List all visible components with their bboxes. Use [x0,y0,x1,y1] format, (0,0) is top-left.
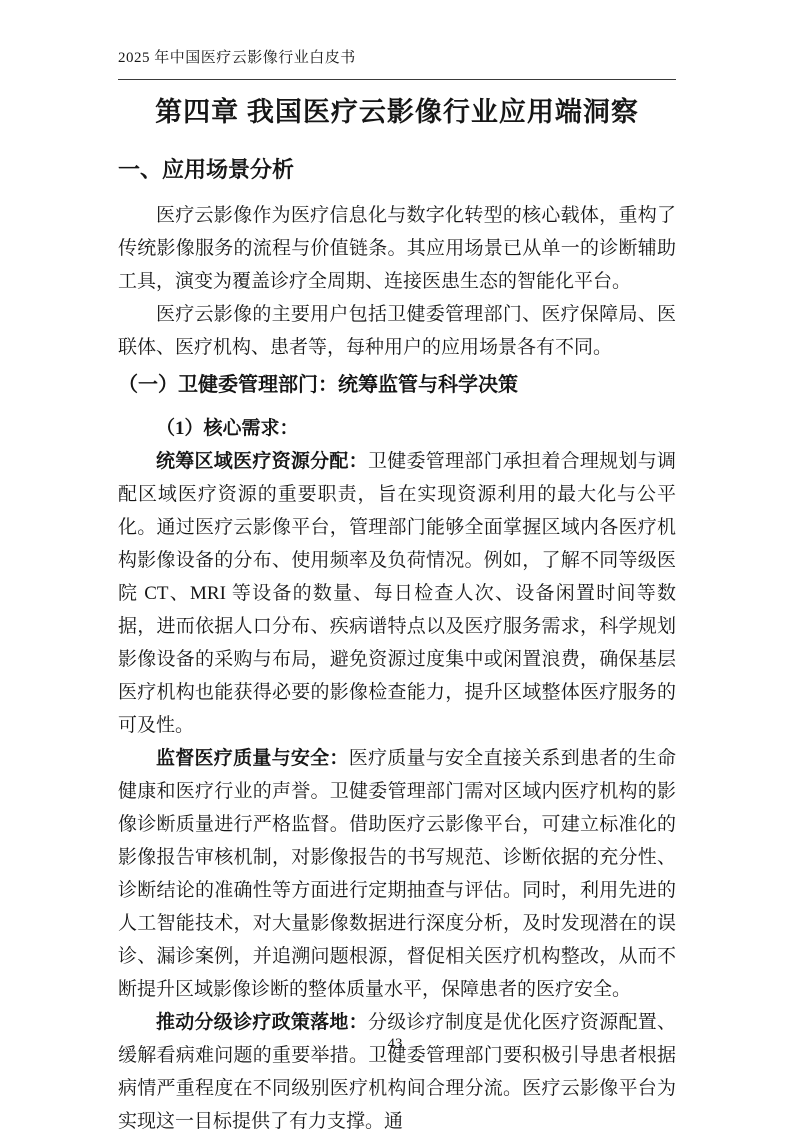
need-body-resource-allocation: 卫健委管理部门承担着合理规划与调配区域医疗资源的重要职责，旨在实现资源利用的最大… [118,451,676,736]
document-page: 2025 年中国医疗云影像行业白皮书 第四章 我国医疗云影像行业应用端洞察 一、… [0,0,790,1117]
section-title: 一、应用场景分析 [118,156,676,184]
header-rule [118,79,676,80]
core-needs-label: （1）核心需求： [118,412,676,445]
need-paragraph-tiered-diagnosis: 推动分级诊疗政策落地：分级诊疗制度是优化医疗资源配置、缓解看病难问题的重要举措。… [118,1006,676,1138]
need-lead-resource-allocation: 统筹区域医疗资源分配： [156,451,368,472]
need-paragraph-resource-allocation: 统筹区域医疗资源分配：卫健委管理部门承担着合理规划与调配区域医疗资源的重要职责，… [118,445,676,742]
subsection-title: （一）卫健委管理部门：统筹监管与科学决策 [118,371,676,399]
chapter-title: 第四章 我国医疗云影像行业应用端洞察 [118,95,676,129]
running-header: 2025 年中国医疗云影像行业白皮书 [118,48,676,68]
need-lead-quality-safety: 监督医疗质量与安全： [156,748,349,769]
need-lead-tiered-diagnosis: 推动分级诊疗政策落地： [156,1012,368,1033]
intro-paragraph-1: 医疗云影像作为医疗信息化与数字化转型的核心载体，重构了传统影像服务的流程与价值链… [118,199,676,298]
need-paragraph-quality-safety: 监督医疗质量与安全：医疗质量与安全直接关系到患者的生命健康和医疗行业的声誉。卫健… [118,742,676,1006]
intro-paragraph-2: 医疗云影像的主要用户包括卫健委管理部门、医疗保障局、医联体、医疗机构、患者等，每… [118,298,676,364]
page-number: 43 [0,1035,790,1053]
need-body-quality-safety: 医疗质量与安全直接关系到患者的生命健康和医疗行业的声誉。卫健委管理部门需对区域内… [118,748,676,1000]
